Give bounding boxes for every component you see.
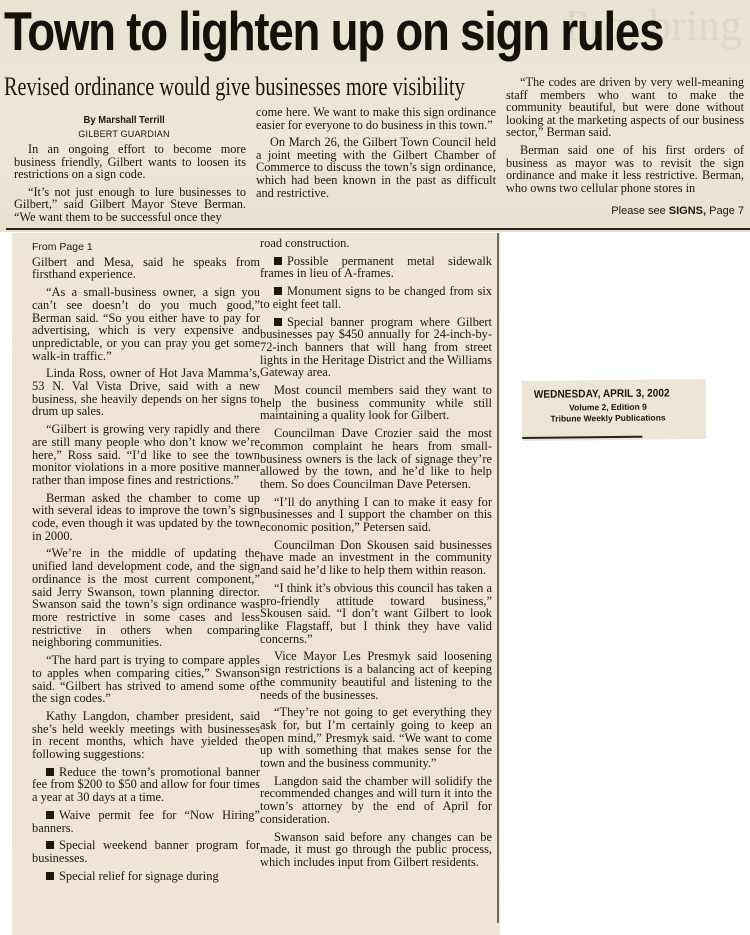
bullet-item: Monument signs to be changed from six to… bbox=[260, 285, 492, 310]
jump-column-1: From Page 1 Gilbert and Mesa, said he sp… bbox=[32, 241, 260, 887]
jump-column-2: road construction. Possible permanent me… bbox=[260, 237, 492, 874]
byline-author: By Marshall Terrill bbox=[83, 114, 164, 126]
top-column-2: come here. We want to make this sign ord… bbox=[256, 106, 496, 204]
bullet-item: Special relief for signage during bbox=[32, 870, 260, 883]
front-page-clipping: Pro: bring Town to lighten up on sign ru… bbox=[0, 0, 750, 232]
paragraph: Kathy Langdon, chamber president, said s… bbox=[32, 710, 260, 761]
paragraph: “The hard part is trying to compare appl… bbox=[32, 654, 260, 705]
continued-page: Page 7 bbox=[706, 205, 744, 217]
top-column-1: In an ongoing effort to become more busi… bbox=[14, 143, 246, 229]
byline: By Marshall Terrill GILBERT GUARDIAN bbox=[0, 110, 248, 139]
paragraph: “They’re not going to get everything the… bbox=[260, 706, 492, 770]
dateline-clipping: WEDNESDAY, APRIL 3, 2002 Volume 2, Editi… bbox=[522, 379, 707, 441]
headline: Town to lighten up on sign rules bbox=[4, 0, 620, 64]
paragraph: “I’ll do anything I can to make it easy … bbox=[260, 496, 492, 534]
paragraph: On March 26, the Gilbert Town Council he… bbox=[256, 136, 496, 199]
from-page-label: From Page 1 bbox=[32, 241, 260, 254]
paragraph: Linda Ross, owner of Hot Java Mamma’s, 5… bbox=[32, 367, 260, 418]
bullet-item: Special banner program where Gilbert bus… bbox=[260, 316, 492, 380]
paragraph: “Gilbert is growing very rapidly and the… bbox=[32, 423, 260, 487]
paragraph: Most council members said they want to h… bbox=[260, 384, 492, 422]
paragraph: Councilman Dave Crozier said the most co… bbox=[260, 427, 492, 491]
paragraph: Langdon said the chamber will solidify t… bbox=[260, 775, 492, 826]
paragraph: Berman said one of his first orders of b… bbox=[506, 144, 744, 194]
subheadline: Revised ordinance would give businesses … bbox=[4, 72, 465, 102]
paragraph: “I think it’s obvious this council has t… bbox=[260, 582, 492, 646]
top-column-3: “The codes are driven by very well-meani… bbox=[506, 76, 744, 199]
divider-rule bbox=[6, 228, 750, 230]
bullet-item: Reduce the town’s promotional banner fee… bbox=[32, 766, 260, 804]
bullet-item: Waive permit fee for “Now Hiring” banner… bbox=[32, 809, 260, 834]
paragraph: come here. We want to make this sign ord… bbox=[256, 106, 496, 131]
publication-date: WEDNESDAY, APRIL 3, 2002 bbox=[534, 387, 670, 400]
paragraph: Berman asked the chamber to come up with… bbox=[32, 492, 260, 543]
jump-page-clipping: From Page 1 Gilbert and Mesa, said he sp… bbox=[12, 233, 500, 935]
publisher-name: Tribune Weekly Publications bbox=[516, 412, 700, 424]
paragraph: Vice Mayor Les Presmyk said loosening si… bbox=[260, 650, 492, 701]
paragraph: Gilbert and Mesa, said he speaks from fi… bbox=[32, 256, 260, 281]
paragraph: “It’s not just enough to lure businesses… bbox=[14, 186, 246, 224]
volume-edition: Volume 2, Edition 9 bbox=[516, 401, 700, 413]
paragraph: “The codes are driven by very well-meani… bbox=[506, 76, 744, 139]
paragraph: “We’re in the middle of updating the uni… bbox=[32, 547, 260, 649]
continued-prefix: Please see bbox=[611, 205, 668, 217]
column-rule bbox=[497, 233, 499, 923]
paragraph: road construction. bbox=[260, 237, 492, 250]
paragraph: “As a small-business owner, a sign you c… bbox=[32, 286, 260, 362]
paragraph: Councilman Don Skousen said businesses h… bbox=[260, 539, 492, 577]
continued-on-line: Please see SIGNS, Page 7 bbox=[611, 205, 744, 217]
bullet-item: Possible permanent metal sidewalk frames… bbox=[260, 255, 492, 280]
paragraph: Swanson said before any changes can be m… bbox=[260, 831, 492, 869]
paragraph: In an ongoing effort to become more busi… bbox=[14, 143, 246, 181]
byline-organization: GILBERT GUARDIAN bbox=[0, 129, 248, 139]
bullet-item: Special weekend banner program for busin… bbox=[32, 839, 260, 864]
dateline-rule bbox=[522, 436, 642, 439]
continued-keyword: SIGNS, bbox=[669, 205, 706, 217]
